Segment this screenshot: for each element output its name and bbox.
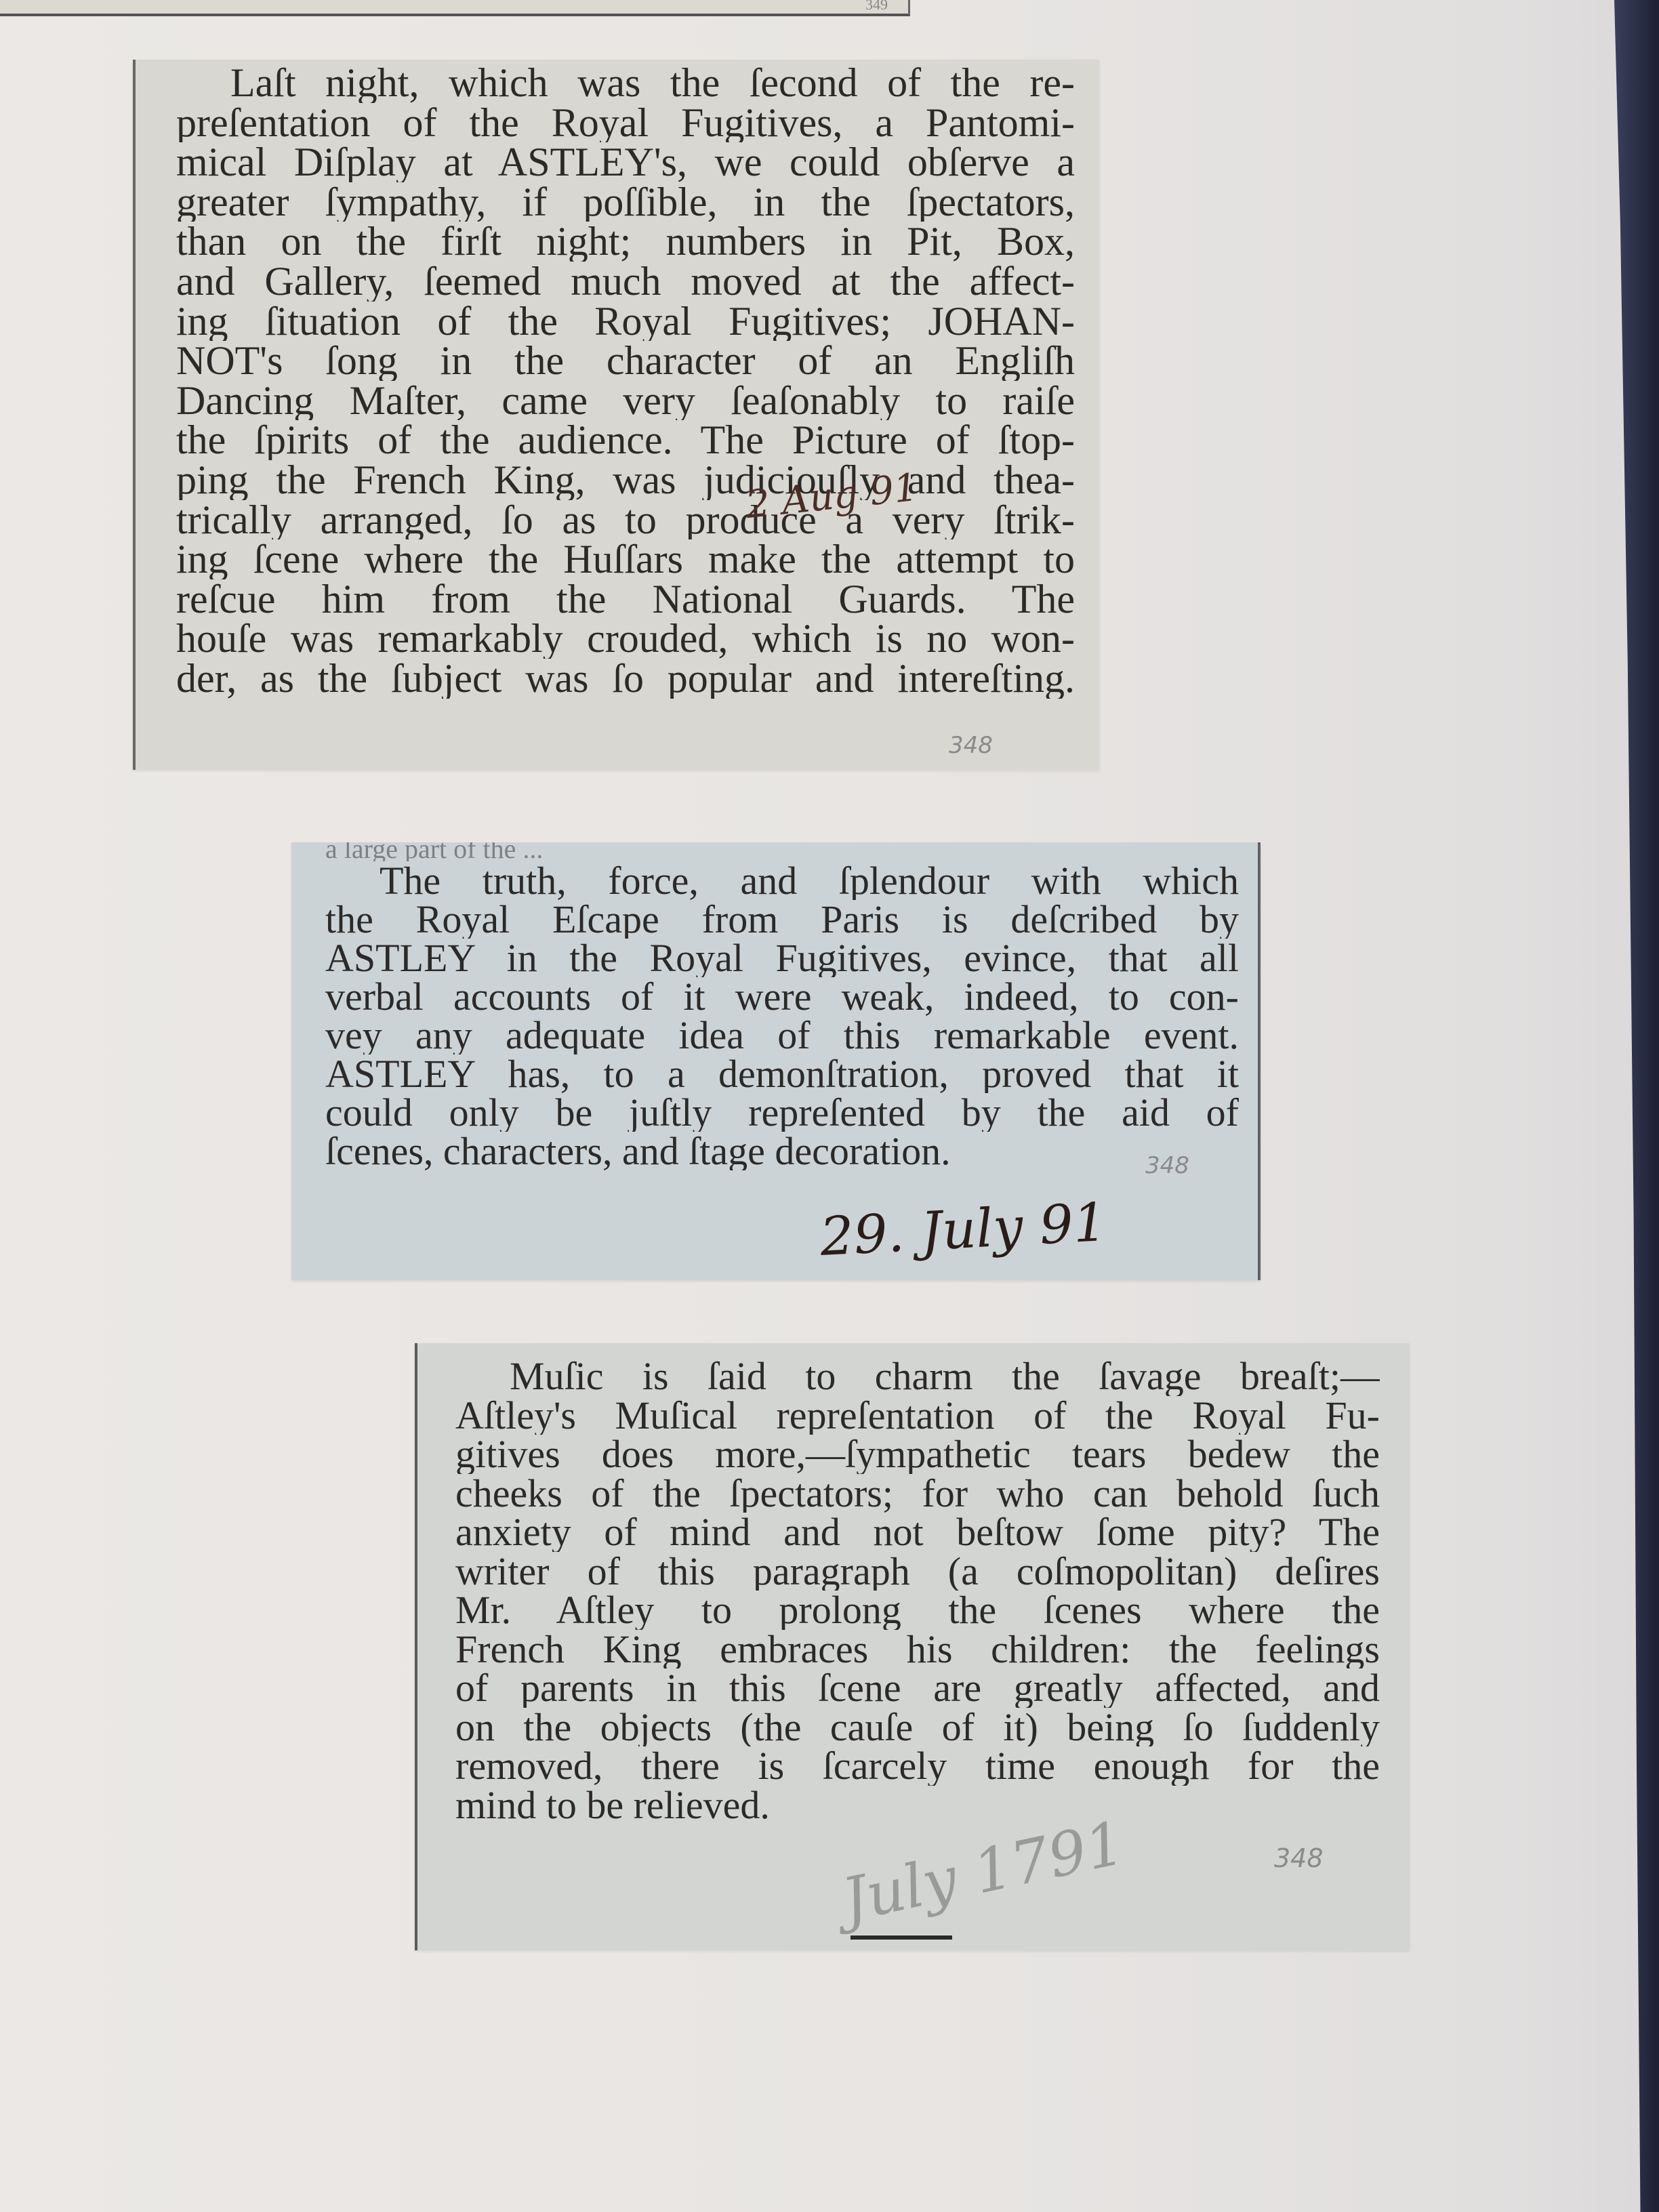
clipping-line: mical Diſplay at ASTLEY's, we could obſe…	[176, 142, 1075, 182]
clipping-line: der, as the ſubject was ſo popular and i…	[176, 659, 1075, 699]
pencil-page-number-2: 348	[1145, 1152, 1189, 1179]
clipping-line: Mr. Aſtley to prolong the ſcenes where t…	[455, 1591, 1380, 1630]
scrapbook-page: 349 Laſt night, which was the ſecond of …	[0, 0, 1659, 2212]
clipping-line: French King embraces his children: the f…	[455, 1630, 1380, 1669]
clipping-line: greater ſympathy, if poſſible, in the ſp…	[176, 182, 1075, 222]
clipping-line: anxiety of mind and not beſtow ſome pity…	[455, 1513, 1380, 1552]
clipping-line: NOT's ſong in the character of an Engliſ…	[176, 341, 1075, 381]
clipping-line: Muſic is ſaid to charm the ſavage breaſt…	[455, 1357, 1380, 1396]
clipping-line: Aſtley's Muſical repreſentation of the R…	[455, 1396, 1380, 1435]
clipping-line: could only be juſtly repreſented by the …	[325, 1093, 1239, 1132]
clipping-line: the ſpirits of the audience. The Picture…	[176, 420, 1075, 460]
clipping-line: cheeks of the ſpectators; for who can be…	[455, 1474, 1380, 1513]
torn-top-text: a large part of the ...	[325, 842, 1239, 861]
clipping-line: mind to be relieved.	[455, 1786, 1380, 1825]
clipping-line: trically arranged, ſo as to produce a ve…	[176, 500, 1075, 540]
clipping-line: on the objects (the cauſe of it) being ſ…	[455, 1708, 1380, 1747]
clipping-line: ASTLEY has, to a demonſtration, proved t…	[325, 1054, 1239, 1093]
pencil-page-number-3: 348	[1274, 1843, 1324, 1873]
clipping-3-text: Muſic is ſaid to charm the ſavage breaſt…	[455, 1357, 1380, 1824]
clipping-line: writer of this paragraph (a coſmopolitan…	[455, 1552, 1380, 1591]
clipping-line: ping the French King, was judiciouſly an…	[176, 460, 1075, 500]
clipping-line: than on the firſt night; numbers in Pit,…	[176, 222, 1075, 262]
clipping-line: preſentation of the Royal Fugitives, a P…	[176, 103, 1075, 143]
newspaper-clipping-2: a large part of the ... The truth, force…	[291, 842, 1261, 1280]
newspaper-clipping-1: Laſt night, which was the ſecond of the …	[133, 60, 1099, 770]
clipping-line: ing ſituation of the Royal Fugitives; JO…	[176, 302, 1075, 342]
clipping-line: reſcue him from the National Guards. The	[176, 579, 1075, 619]
clipping-line: of parents in this ſcene are greatly aff…	[455, 1668, 1380, 1708]
clipping-2-text: The truth, force, and ſplendour with whi…	[325, 861, 1239, 1170]
clipping-line: removed, there is ſcarcely time enough f…	[455, 1746, 1380, 1786]
clipping-1-text: Laſt night, which was the ſecond of the …	[176, 60, 1075, 699]
previous-clipping-edge: 349	[0, 0, 910, 16]
previous-clipping-page-number: 349	[865, 0, 888, 14]
clipping-line: verbal accounts of it were weak, indeed,…	[325, 977, 1239, 1016]
clipping-line: ASTLEY in the Royal Fugitives, evince, t…	[325, 939, 1239, 977]
clipping-line: vey any adequate idea of this remarkable…	[325, 1016, 1239, 1054]
clipping-line: gitives does more,—ſympathetic tears bed…	[455, 1435, 1380, 1474]
clipping-line: ſcenes, characters, and ſtage decoration…	[325, 1132, 1239, 1170]
album-cover-edge	[1584, 0, 1659, 2212]
clipping-line: Laſt night, which was the ſecond of the …	[176, 63, 1075, 103]
clipping-line: the Royal Eſcape from Paris is deſcribed…	[325, 900, 1239, 939]
clipping-line: houſe was remarkably crouded, which is n…	[176, 619, 1075, 659]
clipping-line: ing ſcene where the Huſſars make the att…	[176, 539, 1075, 579]
end-rule-divider	[851, 1935, 952, 1940]
pencil-page-number-1: 348	[949, 732, 993, 759]
clipping-line: Dancing Maſter, came very ſeaſonably to …	[176, 381, 1075, 421]
clipping-line: The truth, force, and ſplendour with whi…	[325, 861, 1239, 900]
clipping-line: and Gallery, ſeemed much moved at the af…	[176, 262, 1075, 302]
